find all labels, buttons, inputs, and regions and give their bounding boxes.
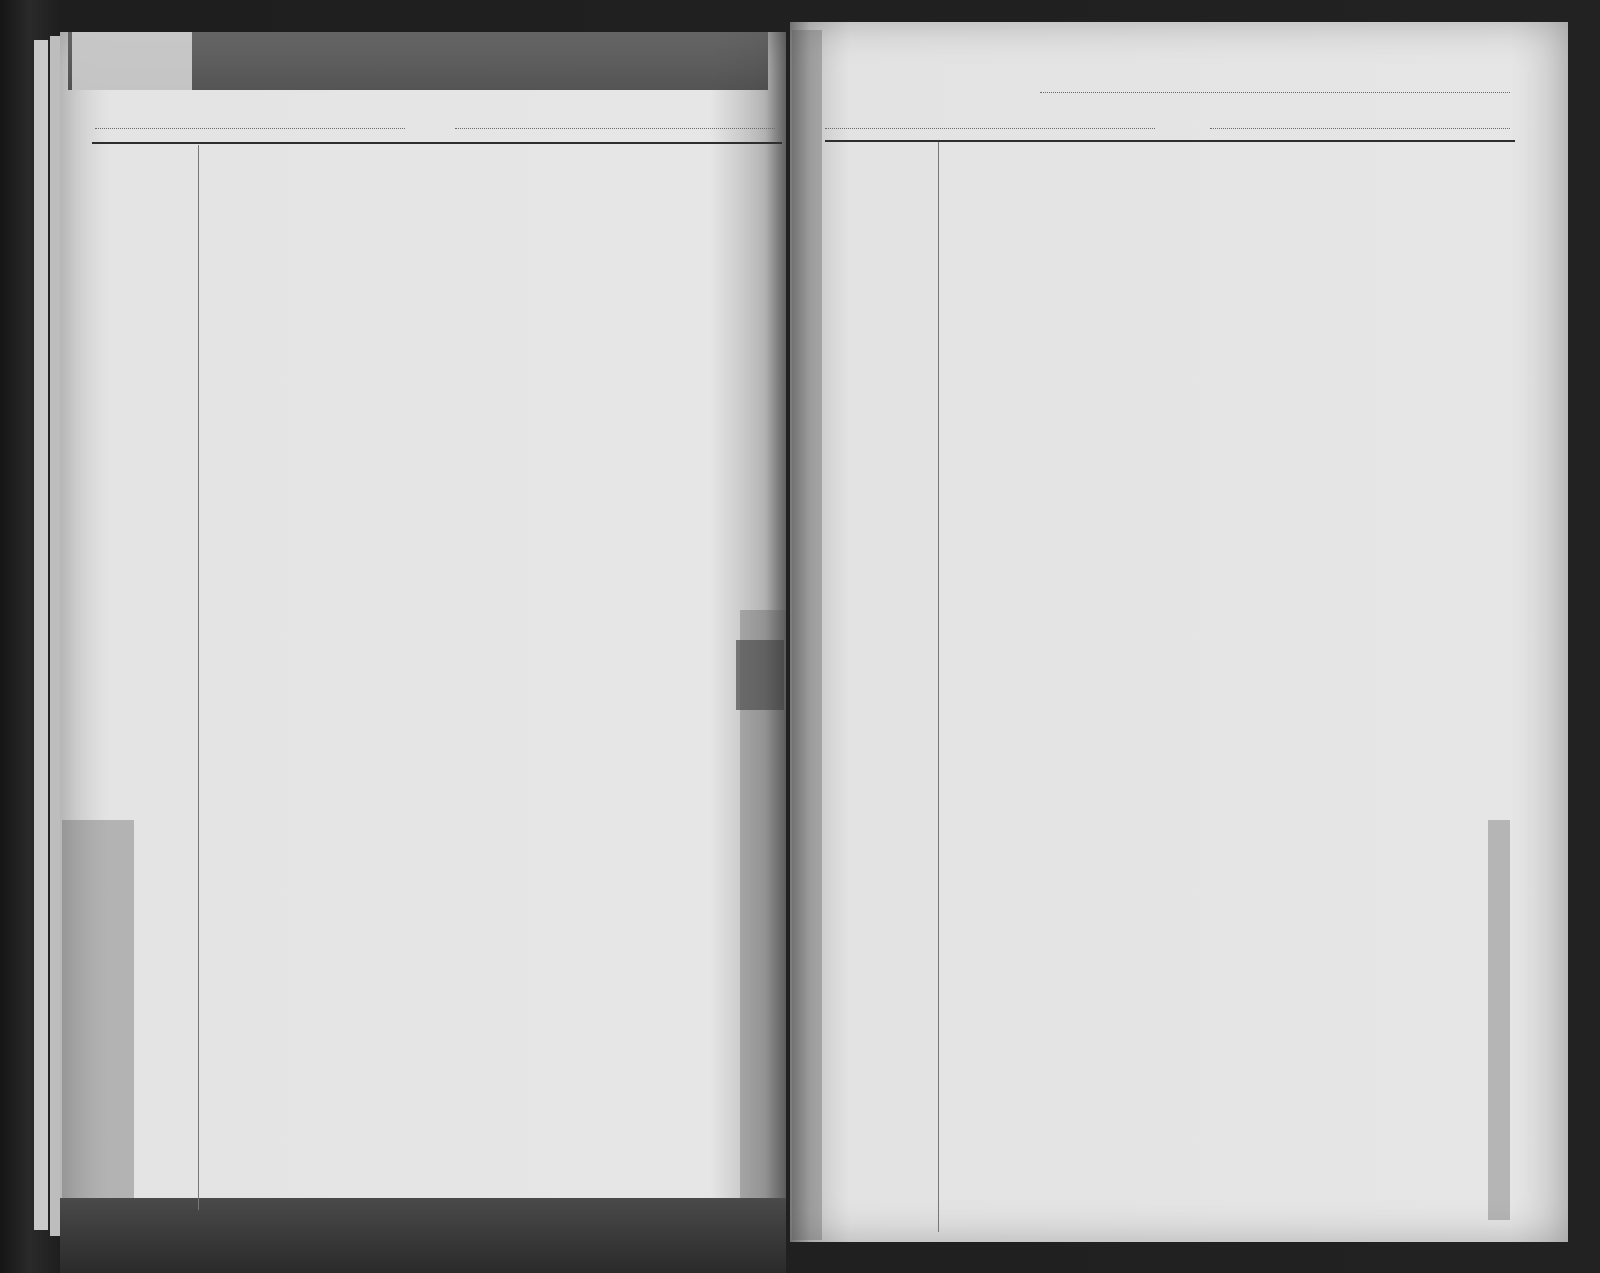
diocesis-line (1210, 128, 1510, 129)
column-divider (198, 145, 199, 1210)
column-divider (938, 142, 939, 1232)
header-rule (92, 142, 782, 144)
header-rule (825, 140, 1515, 142)
diocesis-line (825, 128, 1155, 129)
left-page (60, 32, 786, 1247)
page-edge (50, 36, 60, 1236)
book-bottom-edge (60, 1198, 786, 1273)
header-line (1040, 92, 1510, 93)
diocesis-line (95, 128, 405, 129)
stain (1488, 820, 1510, 1220)
stain (792, 30, 822, 1240)
stain (740, 610, 786, 1210)
page-edge (34, 40, 48, 1230)
diocesis-line (455, 128, 775, 129)
stain (62, 820, 134, 1250)
right-page (790, 22, 1568, 1242)
tape-strip-torn (72, 32, 192, 90)
register-book (0, 0, 1600, 1273)
